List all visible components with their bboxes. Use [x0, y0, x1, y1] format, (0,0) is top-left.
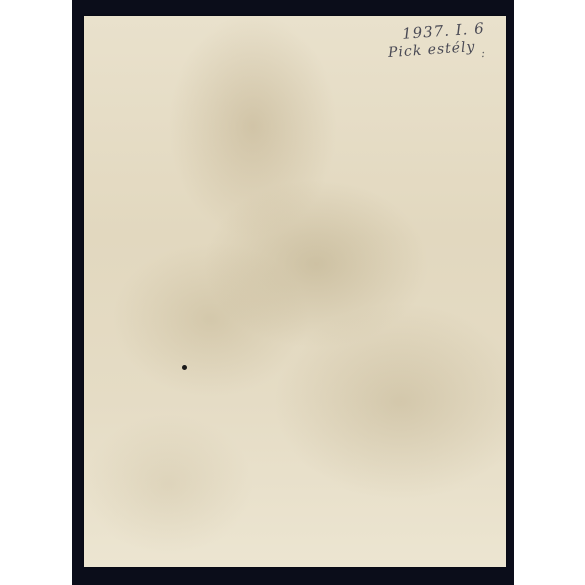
- photo-back-paper: [84, 16, 506, 567]
- ink-spot: [182, 365, 187, 370]
- handwritten-mark: :: [481, 46, 486, 60]
